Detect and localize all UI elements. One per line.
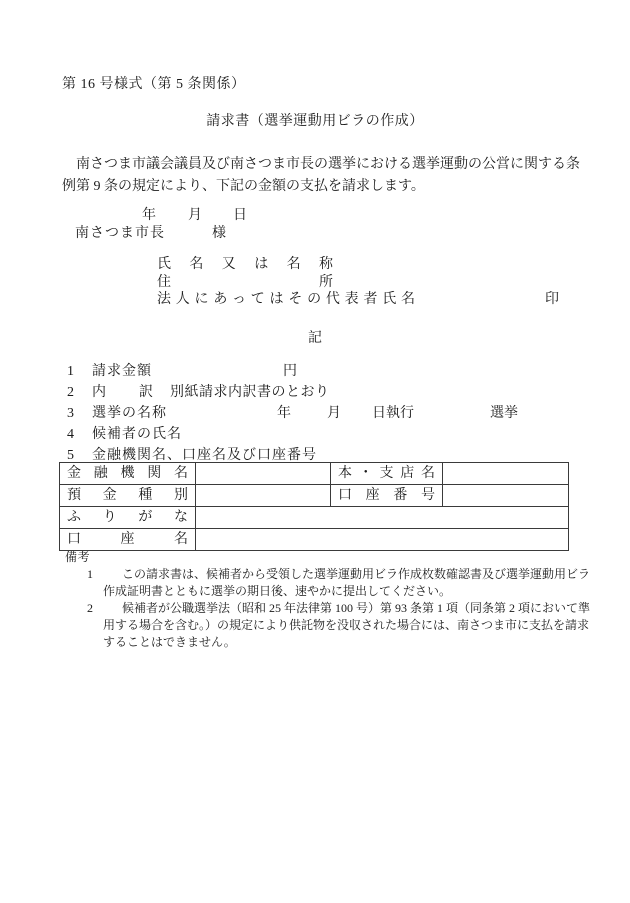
yen-unit-label: 円 <box>283 361 297 382</box>
table-row: 預金種別 口座番号 <box>60 485 569 507</box>
addressee-honorific: 様 <box>212 222 226 242</box>
item-number: 3 <box>67 403 74 424</box>
remark-number: 1 <box>87 566 93 583</box>
election-day-executed-label: 日執行 <box>372 403 414 424</box>
name-or-title-label: 氏名又は名称 <box>157 256 333 274</box>
account-number-value-cell <box>443 485 569 507</box>
account-name-label: 口座名 <box>60 530 195 550</box>
addressee-line: 南さつま市長 様 <box>0 222 630 240</box>
item-label: 請求金額 <box>92 361 152 382</box>
item-label: 内訳 <box>92 382 153 403</box>
body-paragraph: 南さつま市議会議員及び南さつま市長の選挙における選挙運動の公営に関する条例第 9… <box>62 154 584 198</box>
remark-item: 1この請求書は、候補者から受領した選挙運動用ビラ作成枚数確認書及び選挙運動用ビラ… <box>65 566 597 600</box>
date-year-label: 年 <box>142 204 156 224</box>
remark-text: この請求書は、候補者から受領した選挙運動用ビラ作成枚数確認書及び選挙運動用ビラ作… <box>103 567 590 598</box>
item-claim-amount: 1 請求金額 円 <box>0 361 630 382</box>
remark-text: 候補者が公職選挙法（昭和 25 年法律第 100 号）第 93 条第 1 項（同… <box>103 601 590 649</box>
corporate-representative-label: 法人にあってはその代表者氏名 <box>157 291 415 309</box>
deposit-type-value-cell <box>196 485 331 507</box>
furigana-label: ふりがな <box>60 508 195 528</box>
election-month-label: 月 <box>327 403 341 424</box>
branch-name-value-cell <box>443 463 569 485</box>
election-suffix-label: 選挙 <box>490 403 518 424</box>
document-page: 第 16 号様式（第 5 条関係） 請求書（選挙運動用ビラの作成） 南さつま市議… <box>0 0 630 903</box>
table-row: ふりがな <box>60 507 569 529</box>
seal-mark: 印 <box>545 291 559 309</box>
branch-name-label-cell: 本・支店名 <box>331 463 443 485</box>
addressee-label: 南さつま市長 <box>75 222 165 242</box>
date-month-label: 月 <box>188 204 202 224</box>
date-line: 年 月 日 <box>0 204 630 222</box>
item-label: 候補者の氏名 <box>92 424 182 445</box>
bank-name-value-cell <box>196 463 331 485</box>
bank-account-table: 金融機関名 本・支店名 預金種別 口座番号 ふりがな 口座名 <box>59 462 569 551</box>
bank-name-label: 金融機関名 <box>60 464 195 484</box>
table-row: 口座名 <box>60 529 569 551</box>
bank-name-label-cell: 金融機関名 <box>60 463 196 485</box>
item-candidate-name: 4 候補者の氏名 <box>0 424 630 445</box>
address-label: 住所 <box>157 274 333 292</box>
remark-item: 2候補者が公職選挙法（昭和 25 年法律第 100 号）第 93 条第 1 項（… <box>65 600 597 651</box>
item-breakdown: 2 内訳 別紙請求内訳書のとおり <box>0 382 630 403</box>
furigana-value-cell <box>196 507 569 529</box>
furigana-label-cell: ふりがな <box>60 507 196 529</box>
table-row: 金融機関名 本・支店名 <box>60 463 569 485</box>
deposit-type-label: 預金種別 <box>60 486 195 506</box>
document-title: 請求書（選挙運動用ビラの作成） <box>0 111 630 132</box>
form-number: 第 16 号様式（第 5 条関係） <box>62 74 246 95</box>
account-name-value-cell <box>196 529 569 551</box>
election-year-label: 年 <box>277 403 291 424</box>
item-number: 2 <box>67 382 74 403</box>
remark-number: 2 <box>87 600 93 617</box>
item-list: 1 請求金額 円 2 内訳 別紙請求内訳書のとおり 3 選挙の名称 年 月 日執… <box>0 361 630 466</box>
record-heading: 記 <box>0 328 630 349</box>
item-value: 別紙請求内訳書のとおり <box>170 382 330 403</box>
item-number: 4 <box>67 424 74 445</box>
remarks-title: 備考 <box>65 549 610 566</box>
branch-name-label: 本・支店名 <box>331 464 442 484</box>
declarant-block: 氏名又は名称 住所 法人にあってはその代表者氏名 印 <box>157 256 587 309</box>
item-number: 1 <box>67 361 74 382</box>
remarks-section: 備考 1この請求書は、候補者から受領した選挙運動用ビラ作成枚数確認書及び選挙運動… <box>65 549 610 651</box>
item-label: 選挙の名称 <box>92 403 167 424</box>
account-number-label-cell: 口座番号 <box>331 485 443 507</box>
account-number-label: 口座番号 <box>331 486 442 506</box>
item-election-name: 3 選挙の名称 年 月 日執行 選挙 <box>0 403 630 424</box>
date-day-label: 日 <box>233 204 247 224</box>
account-name-label-cell: 口座名 <box>60 529 196 551</box>
deposit-type-label-cell: 預金種別 <box>60 485 196 507</box>
